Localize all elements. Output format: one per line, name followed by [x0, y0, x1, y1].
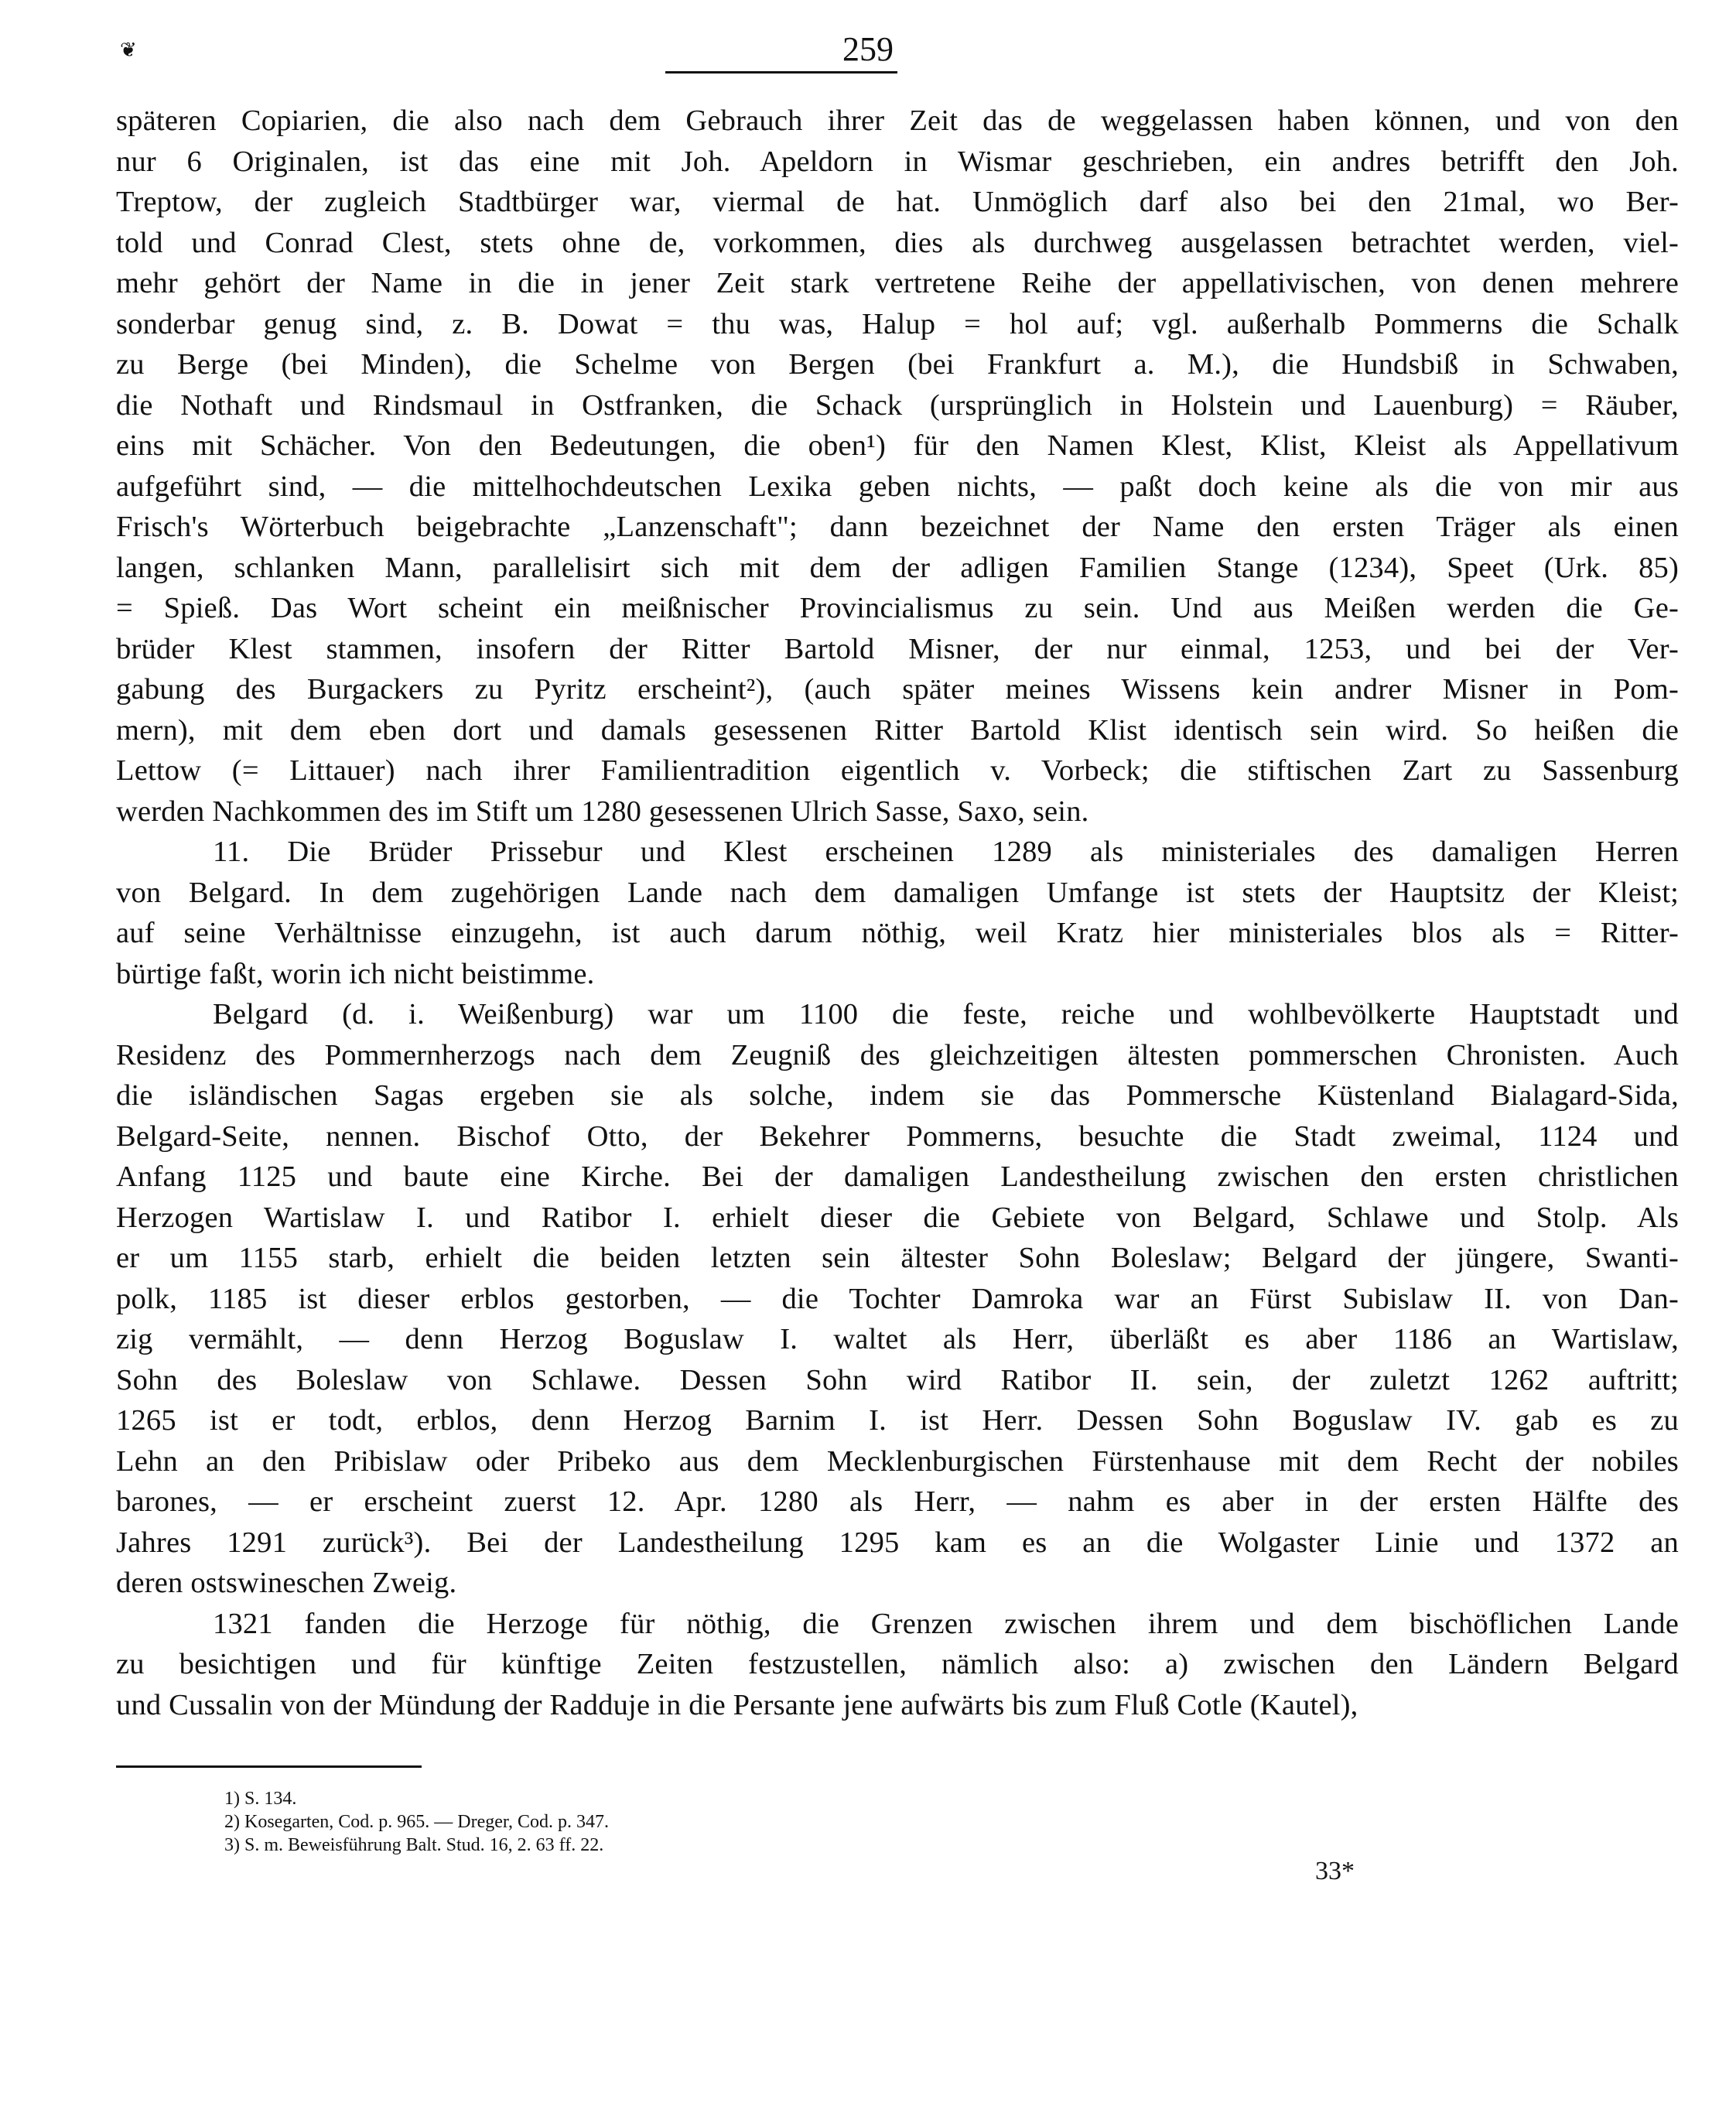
text-line: Sohn des Boleslaw von Schlawe. Dessen So… [116, 1360, 1679, 1401]
footnote-rule [116, 1765, 422, 1768]
paragraph: 11. Die Brüder Prissebur und Klest ersch… [116, 832, 1679, 994]
footnote: 3) S. m. Beweisführung Balt. Stud. 16, 2… [224, 1834, 609, 1857]
text-line: und Cussalin von der Mündung der Radduje… [116, 1685, 1679, 1726]
text-line: deren ostswineschen Zweig. [116, 1563, 1679, 1604]
text-line: auf seine Verhältnisse einzugehn, ist au… [116, 913, 1679, 954]
footnote: 1) S. 134. [224, 1787, 609, 1810]
text-line: werden Nachkommen des im Stift um 1280 g… [116, 791, 1679, 832]
text-line: told und Conrad Clest, stets ohne de, vo… [116, 223, 1679, 264]
text-line: zu besichtigen und für künftige Zeiten f… [116, 1644, 1679, 1685]
text-line: Herzogen Wartislaw I. und Ratibor I. erh… [116, 1198, 1679, 1239]
paragraph: 1321 fanden die Herzoge für nöthig, die … [116, 1604, 1679, 1726]
text-line: aufgeführt sind, — die mittelhochdeutsch… [116, 467, 1679, 508]
text-line: er um 1155 starb, erhielt die beiden let… [116, 1238, 1679, 1279]
footnote: 2) Kosegarten, Cod. p. 965. — Dreger, Co… [224, 1810, 609, 1834]
body-text: späteren Copiarien, die also nach dem Ge… [116, 101, 1679, 1725]
text-line: 1321 fanden die Herzoge für nöthig, die … [116, 1604, 1679, 1645]
text-line: die isländischen Sagas ergeben sie als s… [116, 1075, 1679, 1116]
text-line: Belgard (d. i. Weißenburg) war um 1100 d… [116, 994, 1679, 1035]
text-line: Treptow, der zugleich Stadtbürger war, v… [116, 182, 1679, 223]
text-line: späteren Copiarien, die also nach dem Ge… [116, 101, 1679, 142]
text-line: eins mit Schächer. Von den Bedeutungen, … [116, 426, 1679, 467]
text-line: bürtige faßt, worin ich nicht beistimme. [116, 954, 1679, 995]
text-line: langen, schlanken Mann, parallelisirt si… [116, 548, 1679, 589]
text-line: polk, 1185 ist dieser erblos gestorben, … [116, 1279, 1679, 1320]
text-line: barones, — er erscheint zuerst 12. Apr. … [116, 1482, 1679, 1523]
text-line: Frisch's Wörterbuch beigebrachte „Lanzen… [116, 507, 1679, 548]
signature-mark: 33* [1315, 1857, 1355, 1886]
text-line: sonderbar genug sind, z. B. Dowat = thu … [116, 304, 1679, 345]
text-line: = Spieß. Das Wort scheint ein meißnische… [116, 588, 1679, 629]
paragraph: späteren Copiarien, die also nach dem Ge… [116, 101, 1679, 832]
text-line: nur 6 Originalen, ist das eine mit Joh. … [116, 142, 1679, 183]
page-number: 259 [0, 29, 1736, 69]
text-line: Anfang 1125 und baute eine Kirche. Bei d… [116, 1157, 1679, 1198]
text-line: die Nothaft und Rindsmaul in Ostfranken,… [116, 385, 1679, 426]
text-line: 1265 ist er todt, erblos, denn Herzog Ba… [116, 1400, 1679, 1441]
text-line: zig vermählt, — denn Herzog Boguslaw I. … [116, 1319, 1679, 1360]
text-line: Lettow (= Littauer) nach ihrer Familient… [116, 750, 1679, 791]
text-line: 11. Die Brüder Prissebur und Klest ersch… [116, 832, 1679, 873]
paragraph: Belgard (d. i. Weißenburg) war um 1100 d… [116, 994, 1679, 1604]
text-line: Jahres 1291 zurück³). Bei der Landesthei… [116, 1523, 1679, 1564]
text-line: von Belgard. In dem zugehörigen Lande na… [116, 873, 1679, 914]
header-rule [665, 71, 897, 73]
text-line: Lehn an den Pribislaw oder Pribeko aus d… [116, 1441, 1679, 1482]
text-line: mehr gehört der Name in die in jener Zei… [116, 263, 1679, 304]
text-line: Residenz des Pommernherzogs nach dem Zeu… [116, 1035, 1679, 1076]
text-line: mern), mit dem eben dort und damals gese… [116, 710, 1679, 751]
text-line: gabung des Burgackers zu Pyritz erschein… [116, 669, 1679, 710]
text-line: zu Berge (bei Minden), die Schelme von B… [116, 344, 1679, 385]
text-line: brüder Klest stammen, insofern der Ritte… [116, 629, 1679, 670]
footnotes: 1) S. 134.2) Kosegarten, Cod. p. 965. — … [224, 1787, 609, 1857]
text-line: Belgard-Seite, nennen. Bischof Otto, der… [116, 1116, 1679, 1157]
